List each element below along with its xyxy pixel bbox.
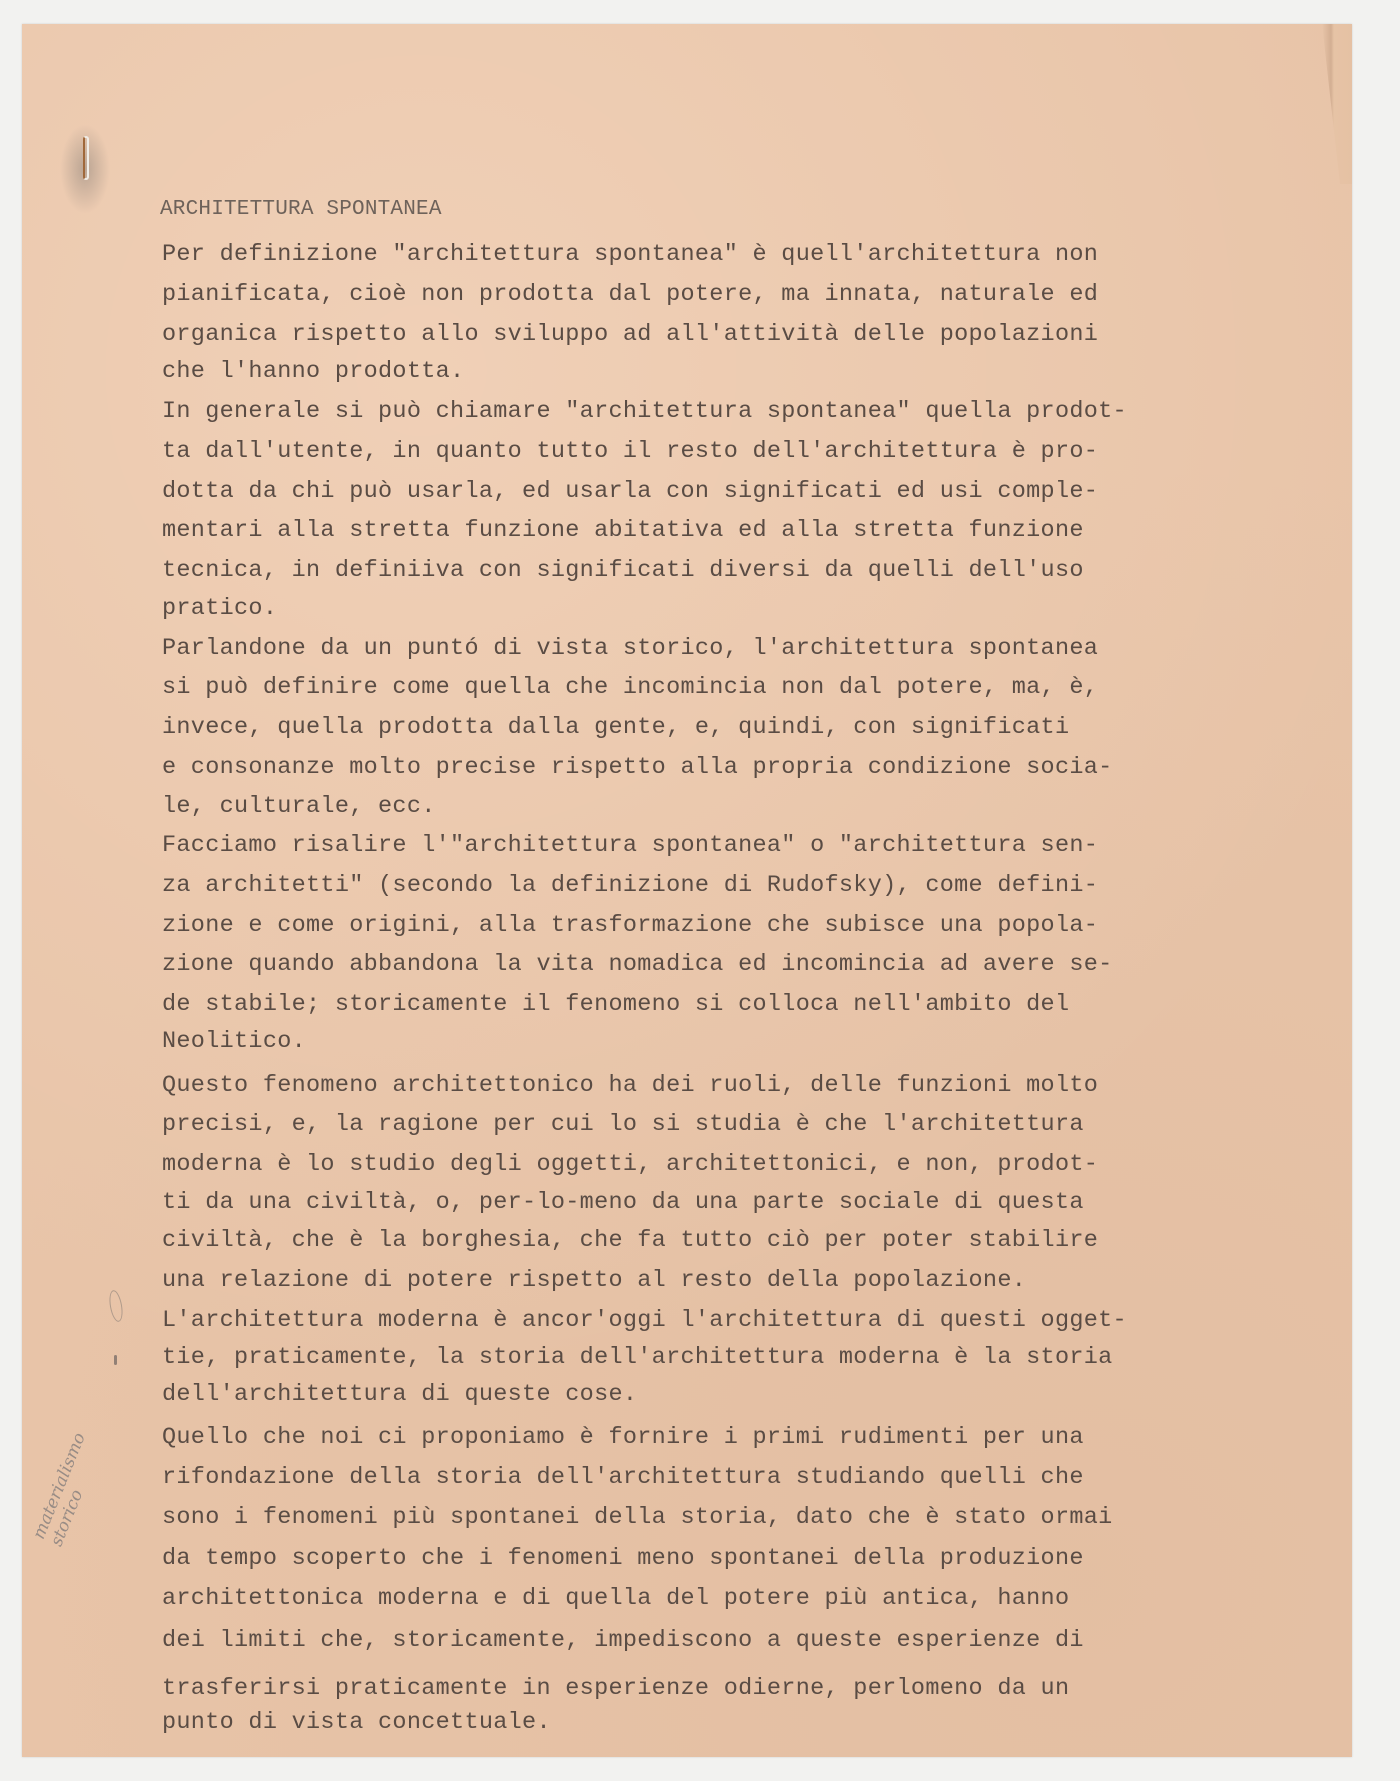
- text-line: rifondazione della storia dell'architett…: [162, 1466, 1084, 1490]
- text-line: Neolitico.: [162, 1030, 306, 1054]
- text-line: che l'hanno prodotta.: [162, 360, 464, 384]
- text-line: Quello che noi ci proponiamo è fornire i…: [162, 1426, 1084, 1450]
- text-line: ti da una civiltà, o, per-lo-meno da una…: [162, 1191, 1084, 1215]
- text-line: de stabile; storicamente il fenomeno si …: [162, 993, 1069, 1017]
- staple-icon: [83, 136, 89, 180]
- text-line: Per definizione "architettura spontanea"…: [162, 243, 1098, 267]
- text-line: una relazione di potere rispetto al rest…: [162, 1269, 1026, 1293]
- text-line: dotta da chi può usarla, ed usarla con s…: [162, 480, 1098, 504]
- text-line: moderna è lo studio degli oggetti, archi…: [162, 1153, 1098, 1177]
- text-line: organica rispetto allo sviluppo ad all'a…: [162, 323, 1098, 347]
- text-line: precisi, e, la ragione per cui lo si stu…: [162, 1113, 1084, 1137]
- text-line: si può definire come quella che incominc…: [162, 676, 1098, 700]
- text-line: tecnica, in definiiva con significati di…: [162, 559, 1084, 583]
- text-line: zione quando abbandona la vita nomadica …: [162, 953, 1113, 977]
- text-line: architettonica moderna e di quella del p…: [162, 1587, 1069, 1611]
- text-line: Questo fenomeno architettonico ha dei ru…: [162, 1074, 1098, 1098]
- text-line: pratico.: [162, 597, 277, 621]
- text-line: dei limiti che, storicamente, impediscon…: [162, 1629, 1084, 1653]
- pencil-mark: [114, 1355, 117, 1365]
- text-line: trasferirsi praticamente in esperienze o…: [162, 1677, 1069, 1701]
- text-line: invece, quella prodotta dalla gente, e, …: [162, 716, 1069, 740]
- text-line: Parlandone da un puntó di vista storico,…: [162, 637, 1098, 661]
- text-line: zione e come origini, alla trasformazion…: [162, 914, 1098, 938]
- document-title: ARCHITETTURA SPONTANEA: [160, 198, 442, 221]
- text-line: L'architettura moderna è ancor'oggi l'ar…: [162, 1309, 1127, 1333]
- text-line: sono i fenomeni più spontanei della stor…: [162, 1506, 1113, 1530]
- text-line: mentari alla stretta funzione abitativa …: [162, 519, 1084, 543]
- text-line: pianificata, cioè non prodotta dal poter…: [162, 283, 1098, 307]
- text-line: za architetti" (secondo la definizione d…: [162, 874, 1098, 898]
- text-line: punto di vista concettuale.: [162, 1711, 551, 1735]
- text-line: ta dall'utente, in quanto tutto il resto…: [162, 440, 1098, 464]
- text-line: In generale si può chiamare "architettur…: [162, 400, 1127, 424]
- text-line: tie, praticamente, la storia dell'archit…: [162, 1346, 1113, 1370]
- text-line: civiltà, che è la borghesia, che fa tutt…: [162, 1229, 1098, 1253]
- text-line: dell'architettura di queste cose.: [162, 1383, 637, 1407]
- text-line: da tempo scoperto che i fenomeni meno sp…: [162, 1547, 1084, 1571]
- folded-corner: [1322, 24, 1352, 184]
- text-line: le, culturale, ecc.: [162, 795, 436, 819]
- text-line: e consonanze molto precise rispetto alla…: [162, 756, 1113, 780]
- text-line: Facciamo risalire l'"architettura sponta…: [162, 834, 1098, 858]
